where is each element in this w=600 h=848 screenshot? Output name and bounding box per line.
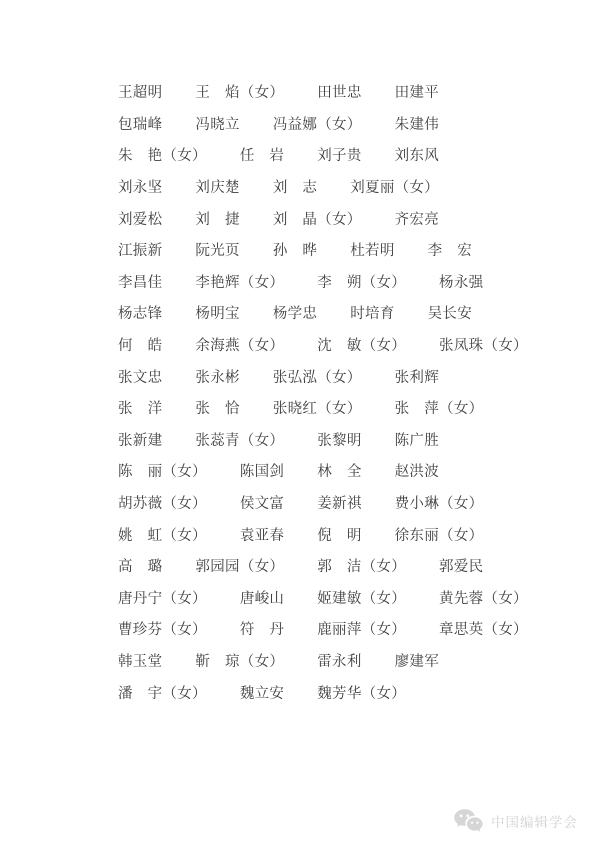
name-list-row: 潘 宇（女）魏立安魏芳华（女）: [118, 676, 548, 708]
person-name: 张蕊青（女）: [195, 429, 284, 450]
name-list-row: 杨志锋杨明宝杨学忠时培育吴长安: [118, 297, 548, 329]
name-list-row: 胡苏薇（女）侯文富姜新祺费小琳（女）: [118, 487, 548, 519]
person-name: 陈 丽（女）: [118, 460, 207, 481]
person-name: 冯晓立: [195, 113, 239, 134]
person-name: 胡苏薇（女）: [118, 492, 207, 513]
person-name: 张凤珠（女）: [439, 334, 528, 355]
person-name: 姬建敏（女）: [317, 587, 406, 608]
person-name: 刘永坚: [118, 176, 162, 197]
person-name: 时培育: [350, 302, 394, 323]
person-name: 杨明宝: [195, 302, 239, 323]
person-name: 张文忠: [118, 366, 162, 387]
person-name: 唐峻山: [240, 587, 284, 608]
person-name: 潘 宇（女）: [118, 682, 207, 703]
name-list-row: 陈 丽（女）陈国剑林 全赵洪波: [118, 455, 548, 487]
person-name: 唐丹宁（女）: [118, 587, 207, 608]
person-name: 符 丹: [240, 618, 284, 639]
person-name: 陈广胜: [395, 429, 439, 450]
person-name: 冯益娜（女）: [273, 113, 362, 134]
person-name: 王超明: [118, 81, 162, 102]
name-list-row: 张新建张蕊青（女）张黎明陈广胜: [118, 424, 548, 456]
person-name: 侯文富: [240, 492, 284, 513]
person-name: 吴长安: [428, 302, 472, 323]
person-name: 袁亚春: [240, 524, 284, 545]
person-name: 李 朔（女）: [317, 271, 406, 292]
person-name: 韩玉堂: [118, 650, 162, 671]
name-list-row: 江振新阮光页孙 晔杜若明李 宏: [118, 234, 548, 266]
name-list-row: 刘永坚刘庆楚刘 志刘夏丽（女）: [118, 171, 548, 203]
person-name: 郭爱民: [439, 555, 483, 576]
person-name: 靳 琼（女）: [195, 650, 284, 671]
person-name: 鹿丽萍（女）: [317, 618, 406, 639]
watermark: 中国编辑学会: [453, 808, 578, 833]
name-list-row: 何 皓余海燕（女）沈 敏（女）张凤珠（女）: [118, 329, 548, 361]
person-name: 张 萍（女）: [395, 397, 484, 418]
name-list-row: 高 璐郭园园（女）郭 洁（女）郭爱民: [118, 550, 548, 582]
name-list-row: 曹珍芬（女）符 丹鹿丽萍（女）章思英（女）: [118, 613, 548, 645]
person-name: 李昌佳: [118, 271, 162, 292]
person-name: 杨永强: [439, 271, 483, 292]
person-name: 阮光页: [195, 239, 239, 260]
name-list-row: 张 洋张 恰张晓红（女）张 萍（女）: [118, 392, 548, 424]
name-list-row: 刘爱松刘 捷刘 晶（女）齐宏亮: [118, 202, 548, 234]
person-name: 江振新: [118, 239, 162, 260]
person-name: 黄先蓉（女）: [439, 587, 528, 608]
person-name: 魏芳华（女）: [317, 682, 406, 703]
person-name: 章思英（女）: [439, 618, 528, 639]
name-list-row: 韩玉堂靳 琼（女）雷永利廖建军: [118, 645, 548, 677]
person-name: 张 恰: [195, 397, 239, 418]
person-name: 李艳辉（女）: [195, 271, 284, 292]
person-name: 张弘泓（女）: [273, 366, 362, 387]
person-name: 李 宏: [428, 239, 472, 260]
person-name: 陈国剑: [240, 460, 284, 481]
person-name: 朱建伟: [395, 113, 439, 134]
person-name: 倪 明: [317, 524, 361, 545]
person-name: 林 全: [317, 460, 361, 481]
person-name: 沈 敏（女）: [317, 334, 406, 355]
person-name: 张永彬: [195, 366, 239, 387]
person-name: 杨志锋: [118, 302, 162, 323]
person-name: 费小琳（女）: [395, 492, 484, 513]
person-name: 赵洪波: [395, 460, 439, 481]
person-name: 姚 虹（女）: [118, 524, 207, 545]
person-name: 郭 洁（女）: [317, 555, 406, 576]
name-list-row: 李昌佳李艳辉（女）李 朔（女）杨永强: [118, 266, 548, 298]
person-name: 齐宏亮: [395, 208, 439, 229]
person-name: 杨学忠: [273, 302, 317, 323]
name-list-row: 王超明王 焰（女）田世忠田建平: [118, 76, 548, 108]
watermark-label: 中国编辑学会: [491, 811, 578, 831]
person-name: 张黎明: [317, 429, 361, 450]
person-name: 田世忠: [317, 81, 361, 102]
person-name: 孙 晔: [273, 239, 317, 260]
document-page: 王超明王 焰（女）田世忠田建平包瑞峰冯晓立冯益娜（女）朱建伟朱 艳（女）任 岩刘…: [0, 0, 600, 848]
person-name: 刘夏丽（女）: [350, 176, 439, 197]
person-name: 张 洋: [118, 397, 162, 418]
person-name: 任 岩: [240, 144, 284, 165]
person-name: 王 焰（女）: [195, 81, 284, 102]
person-name: 徐东丽（女）: [395, 524, 484, 545]
name-list-row: 唐丹宁（女）唐峻山姬建敏（女）黄先蓉（女）: [118, 582, 548, 614]
person-name: 刘 志: [273, 176, 317, 197]
wechat-icon: [453, 808, 484, 833]
person-name: 张利辉: [395, 366, 439, 387]
name-list-row: 包瑞峰冯晓立冯益娜（女）朱建伟: [118, 108, 548, 140]
person-name: 魏立安: [240, 682, 284, 703]
person-name: 刘 捷: [195, 208, 239, 229]
person-name: 刘子贵: [317, 144, 361, 165]
person-name: 张晓红（女）: [273, 397, 362, 418]
person-name: 田建平: [395, 81, 439, 102]
person-name: 高 璐: [118, 555, 162, 576]
person-name: 郭园园（女）: [195, 555, 284, 576]
person-name: 雷永利: [317, 650, 361, 671]
name-list-row: 朱 艳（女）任 岩刘子贵刘东风: [118, 139, 548, 171]
person-name: 张新建: [118, 429, 162, 450]
person-name: 余海燕（女）: [195, 334, 284, 355]
person-name: 刘庆楚: [195, 176, 239, 197]
person-name: 刘 晶（女）: [273, 208, 362, 229]
person-name: 姜新祺: [317, 492, 361, 513]
person-name: 廖建军: [395, 650, 439, 671]
person-name: 包瑞峰: [118, 113, 162, 134]
person-name: 曹珍芬（女）: [118, 618, 207, 639]
person-name: 刘东风: [395, 144, 439, 165]
name-list-row: 姚 虹（女）袁亚春倪 明徐东丽（女）: [118, 518, 548, 550]
person-name: 刘爱松: [118, 208, 162, 229]
person-name: 朱 艳（女）: [118, 144, 207, 165]
name-list: 王超明王 焰（女）田世忠田建平包瑞峰冯晓立冯益娜（女）朱建伟朱 艳（女）任 岩刘…: [118, 76, 548, 708]
name-list-row: 张文忠张永彬张弘泓（女）张利辉: [118, 360, 548, 392]
person-name: 何 皓: [118, 334, 162, 355]
person-name: 杜若明: [350, 239, 394, 260]
